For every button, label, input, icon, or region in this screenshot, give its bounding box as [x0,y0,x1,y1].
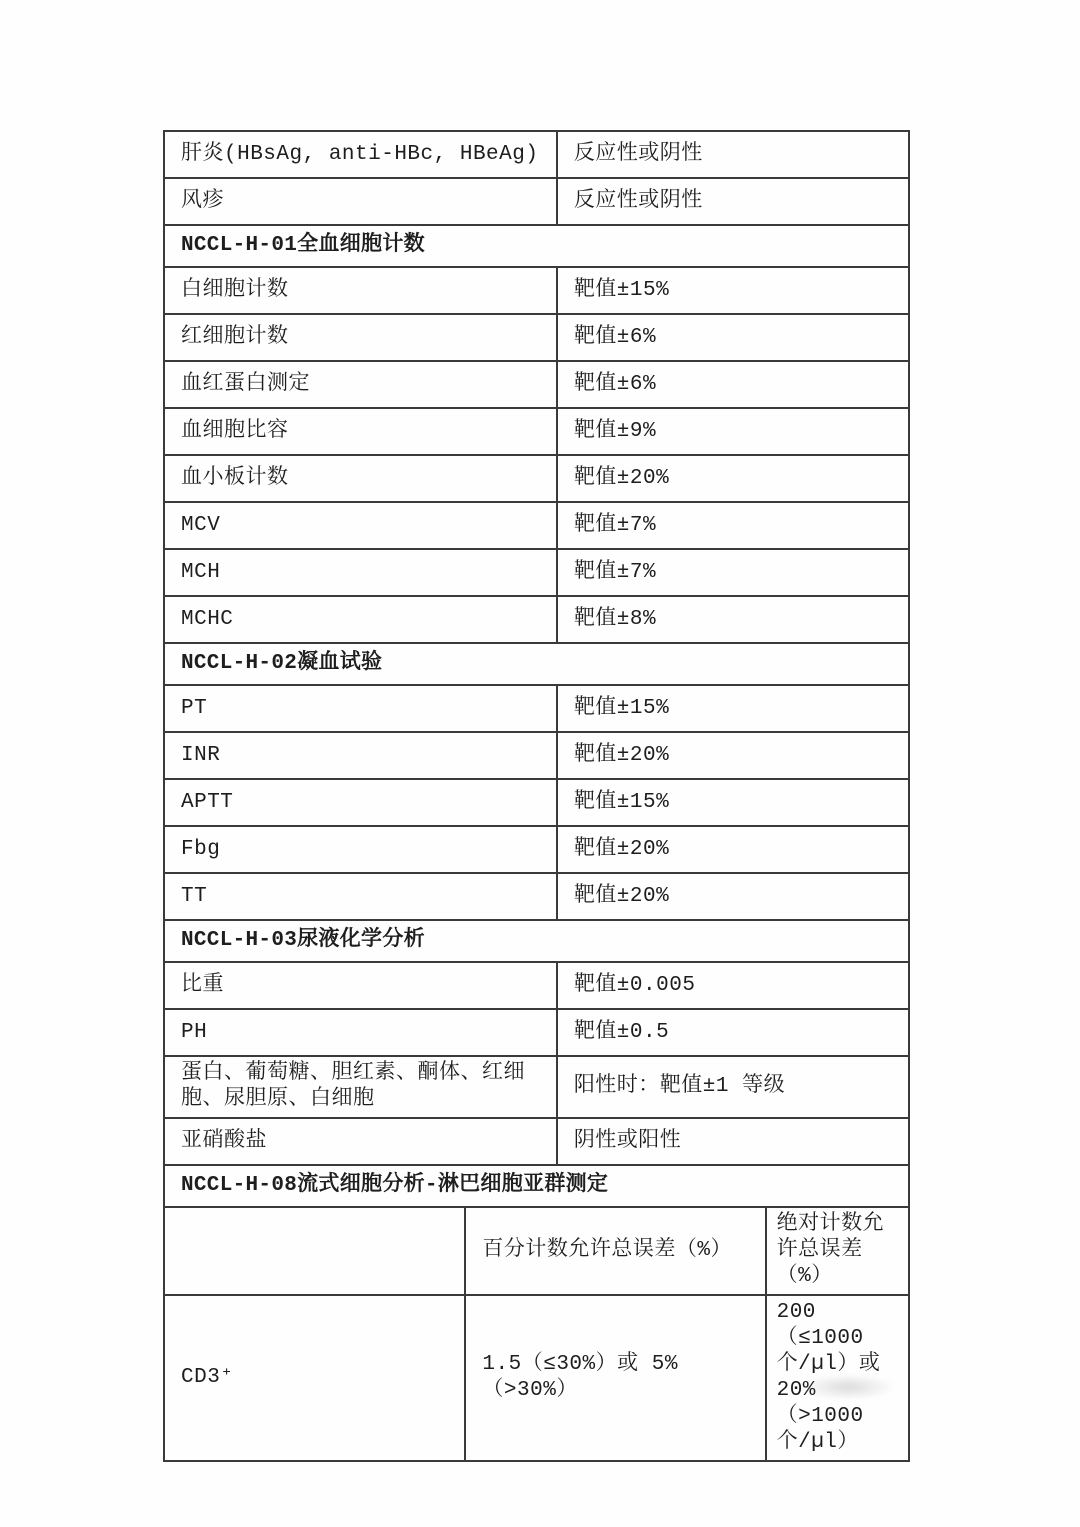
table-row: 血小板计数靶值±20% [165,454,908,501]
section-header-row: NCCL-H-08流式细胞分析-淋巴细胞亚群测定 [165,1164,908,1206]
table-row: 血红蛋白测定靶值±6% [165,360,908,407]
value-cell: 阳性时：靶值±1 等级 [556,1057,908,1117]
section-header-row: NCCL-H-01全血细胞计数 [165,224,908,266]
parameter-cell: 肝炎(HBsAg, anti-HBc, HBeAg) [165,132,556,177]
table-row: MCV靶值±7% [165,501,908,548]
scanned-document-page: 肝炎(HBsAg, anti-HBc, HBeAg)反应性或阴性风疹反应性或阴性… [0,0,1080,1527]
value-cell: 1.5（≤30%）或 5%（>30%） [464,1296,764,1460]
value-cell: 靶值±8% [556,597,908,642]
table-row: 血细胞比容靶值±9% [165,407,908,454]
table-row: MCH靶值±7% [165,548,908,595]
table-row: APTT靶值±15% [165,778,908,825]
section-title: NCCL-H-01全血细胞计数 [165,226,908,266]
table-row: 亚硝酸盐阴性或阳性 [165,1117,908,1164]
table-row: MCHC靶值±8% [165,595,908,642]
value-cell: 200（≤1000 个/µl）或 20%（>1000 个/µl） [765,1296,908,1460]
parameter-cell: 血红蛋白测定 [165,362,556,407]
value-cell: 靶值±9% [556,409,908,454]
parameter-cell: 比重 [165,963,556,1008]
value-cell: 靶值±0.5 [556,1010,908,1055]
section-title: NCCL-H-02凝血试验 [165,644,908,684]
proficiency-criteria-table: 肝炎(HBsAg, anti-HBc, HBeAg)反应性或阴性风疹反应性或阴性… [163,130,910,1462]
section-title: NCCL-H-08流式细胞分析-淋巴细胞亚群测定 [165,1166,908,1206]
value-cell: 靶值±7% [556,503,908,548]
parameter-cell: 蛋白、葡萄糖、胆红素、酮体、红细胞、尿胆原、白细胞 [165,1057,556,1117]
parameter-cell: PT [165,686,556,731]
value-cell: 靶值±20% [556,733,908,778]
value-cell: 靶值±20% [556,827,908,872]
parameter-cell: TT [165,874,556,919]
section-title: NCCL-H-03尿液化学分析 [165,921,908,961]
table-row: 肝炎(HBsAg, anti-HBc, HBeAg)反应性或阴性 [165,132,908,177]
column-header-cell: 绝对计数允许总误差（%） [765,1208,908,1294]
table-row: PH靶值±0.5 [165,1008,908,1055]
value-cell: 阴性或阳性 [556,1119,908,1164]
value-cell: 靶值±6% [556,362,908,407]
column-header-cell: 百分计数允许总误差（%） [464,1208,764,1294]
value-cell: 靶值±20% [556,456,908,501]
parameter-cell: MCV [165,503,556,548]
column-header-cell [165,1208,464,1294]
value-cell: 靶值±15% [556,780,908,825]
parameter-cell: Fbg [165,827,556,872]
table-row: INR靶值±20% [165,731,908,778]
parameter-cell: INR [165,733,556,778]
parameter-cell: MCHC [165,597,556,642]
parameter-cell: PH [165,1010,556,1055]
value-cell: 反应性或阴性 [556,132,908,177]
table-row: PT靶值±15% [165,684,908,731]
table-row: 风疹反应性或阴性 [165,177,908,224]
section-header-row: NCCL-H-03尿液化学分析 [165,919,908,961]
table-row: TT靶值±20% [165,872,908,919]
value-cell: 反应性或阴性 [556,179,908,224]
parameter-cell: MCH [165,550,556,595]
parameter-cell: 血细胞比容 [165,409,556,454]
parameter-cell: 白细胞计数 [165,268,556,313]
table-row: 比重靶值±0.005 [165,961,908,1008]
section-header-row: NCCL-H-02凝血试验 [165,642,908,684]
parameter-cell: 亚硝酸盐 [165,1119,556,1164]
table-row: 红细胞计数靶值±6% [165,313,908,360]
parameter-cell: 血小板计数 [165,456,556,501]
parameter-cell: 风疹 [165,179,556,224]
table-row: CD3⁺1.5（≤30%）或 5%（>30%）200（≤1000 个/µl）或 … [165,1294,908,1460]
table-row: 百分计数允许总误差（%）绝对计数允许总误差（%） [165,1206,908,1294]
table-row: Fbg靶值±20% [165,825,908,872]
table-row: 白细胞计数靶值±15% [165,266,908,313]
parameter-cell: 红细胞计数 [165,315,556,360]
value-cell: 靶值±20% [556,874,908,919]
value-cell: 靶值±0.005 [556,963,908,1008]
value-cell: 靶值±15% [556,686,908,731]
parameter-cell: CD3⁺ [165,1296,464,1460]
value-cell: 靶值±6% [556,315,908,360]
parameter-cell: APTT [165,780,556,825]
table-row: 蛋白、葡萄糖、胆红素、酮体、红细胞、尿胆原、白细胞阳性时：靶值±1 等级 [165,1055,908,1117]
value-cell: 靶值±7% [556,550,908,595]
value-cell: 靶值±15% [556,268,908,313]
